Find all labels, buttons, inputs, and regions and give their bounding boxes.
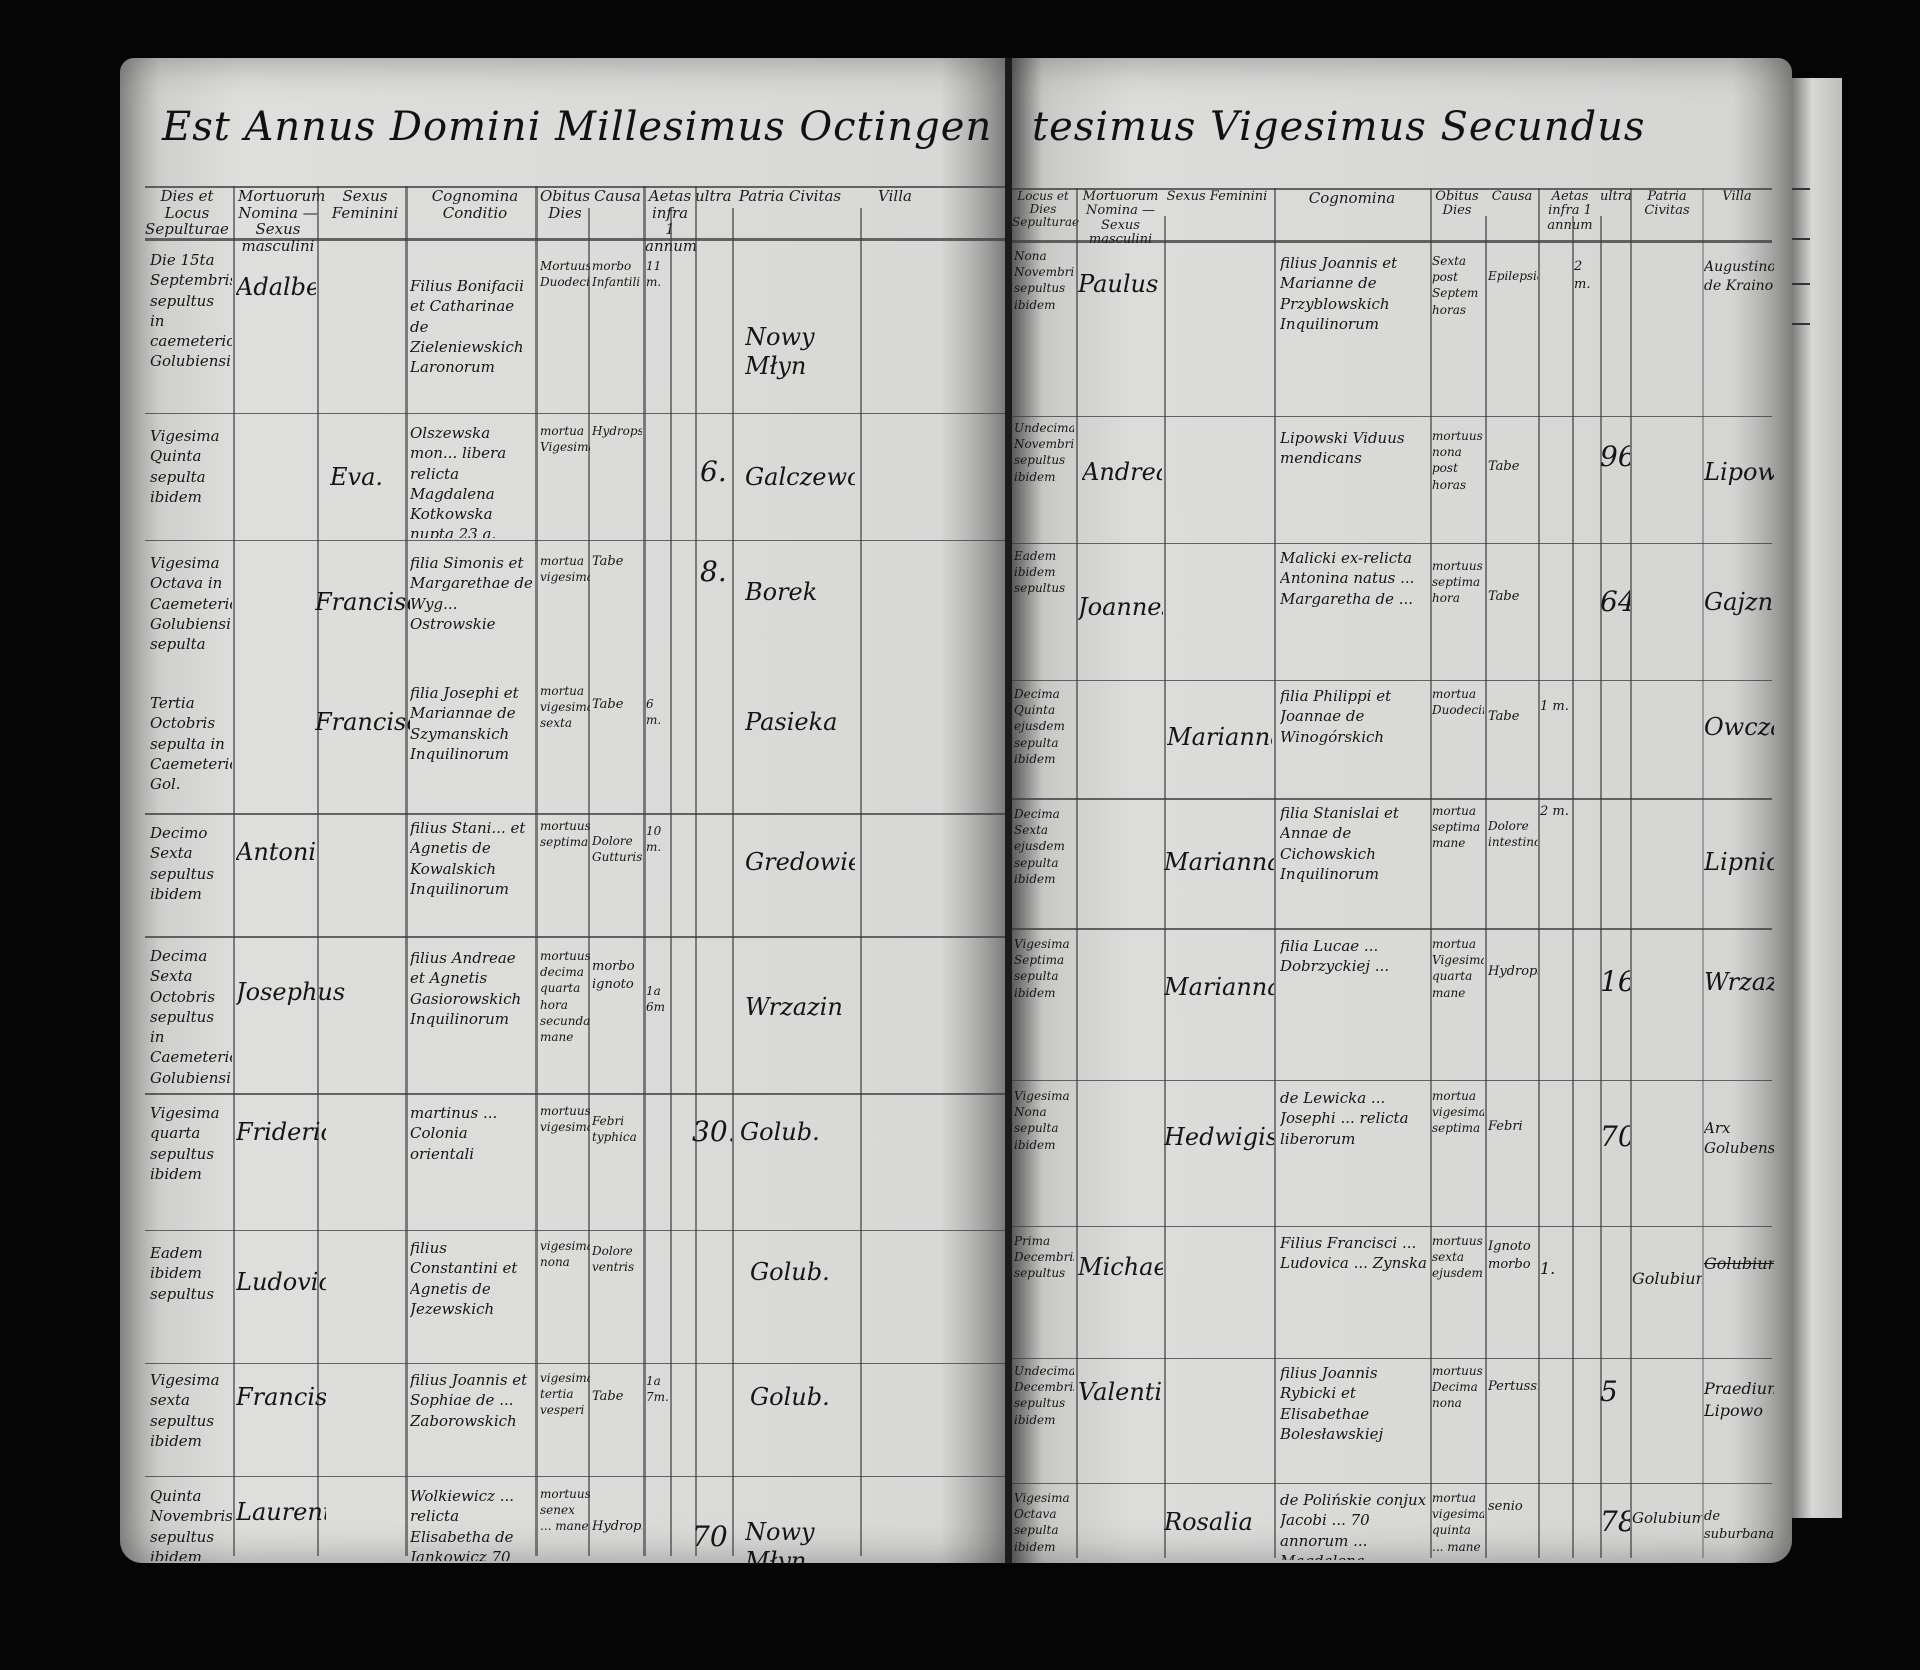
col-header-date-place: Locus et Dies Sepulturae	[1012, 190, 1074, 230]
entry-age-ultra: 6.	[700, 453, 730, 491]
entry-age-infra: 6 m.	[646, 696, 670, 728]
row-rule	[145, 1363, 1005, 1364]
entry-name-male: Laurentius	[236, 1498, 326, 1527]
entry-name-male: Fridericus	[236, 1118, 326, 1147]
col-rule	[535, 186, 538, 1556]
entry-age-infra: 1a 6m	[646, 983, 670, 1015]
left-page: Est Annus Domini Millesimus Octingen Die…	[120, 58, 1010, 1563]
entry-date-place: Die 15ta Septembris sepultus in caemeter…	[150, 250, 232, 410]
entry-death-day: mortuus vigesima	[540, 1103, 590, 1228]
col-rule	[1076, 188, 1078, 1558]
col-rule	[1630, 188, 1632, 1558]
entry-surname: Malicki ex-relicta Antonina natus ... Ma…	[1280, 548, 1430, 678]
col-header-date-place: Dies et Locus Sepulturae	[142, 188, 232, 238]
entry-name-female: Rosalia	[1164, 1508, 1274, 1537]
entry-surname: Wolkiewicz ... relicta Elisabetha de Jan…	[410, 1486, 534, 1561]
entry-cause: Hydrops	[1488, 963, 1538, 981]
entry-patria-villa: Borek	[745, 578, 855, 607]
entry-death-day: mortuus septima hora	[1432, 558, 1484, 678]
entry-surname: Filius Bonifacii et Catharinae de Zielen…	[410, 276, 534, 406]
entry-patria-villa: Augustinowo de Kraino	[1704, 258, 1774, 296]
entry-age-ultra: 70	[1600, 1118, 1630, 1156]
row-rule	[1012, 1358, 1772, 1359]
row-rule	[1012, 928, 1772, 930]
entry-name-female: Francisca	[315, 708, 410, 737]
entry-date-place: Quinta Novembris sepultus ibidem	[150, 1486, 232, 1561]
entry-age-infra: 10 m.	[646, 823, 670, 855]
entry-age-ultra: 78	[1600, 1503, 1630, 1541]
entry-death-day: vigesima tertia vesperi	[540, 1370, 590, 1475]
entry-patria-civitas: Golubium	[1632, 1508, 1702, 1528]
entry-patria-villa: Wrzazino	[1704, 968, 1774, 997]
entry-age-ultra: 64.	[1600, 583, 1630, 621]
entry-cause: morbo ignoto	[592, 958, 642, 993]
col-rule	[1485, 216, 1487, 1558]
entry-date-place: Prima Decembris sepultus	[1014, 1233, 1074, 1353]
entry-death-day: mortua vigesima quinta ... mane	[1432, 1490, 1484, 1560]
entry-age-ultra: 96.	[1600, 438, 1630, 476]
entry-age-infra: 1 m.	[1540, 698, 1570, 716]
entry-name-male: Joannes	[1078, 593, 1163, 622]
col-rule	[695, 186, 697, 1556]
entry-death-day: Mortuus Duodecima	[540, 258, 590, 388]
page-heading-right: tesimus Vigesimus Secundus	[1032, 104, 1645, 150]
row-rule	[145, 1230, 1005, 1231]
entry-cause: Dolore intestinorum	[1488, 818, 1538, 850]
open-register-book: Est Annus Domini Millesimus Octingen Die…	[120, 58, 1880, 1563]
col-header-age-ultra: ultra	[695, 188, 725, 205]
entry-death-day: mortua Vigesima	[540, 423, 590, 538]
entry-cause: Tabe	[592, 553, 642, 571]
row-rule	[145, 813, 1005, 815]
entry-age-infra: 2 m.	[1574, 258, 1600, 293]
col-rule	[1572, 216, 1574, 1558]
col-rule	[732, 208, 734, 1556]
entry-date-place: Vigesima sexta sepultus ibidem	[150, 1370, 232, 1475]
entry-age-ultra: 5	[1600, 1373, 1630, 1411]
entry-date-place: Nona Novembris sepultus ibidem	[1014, 248, 1074, 413]
entry-date-place: Undecima Decembris sepultus ibidem	[1014, 1363, 1074, 1481]
entry-death-day: mortuus sexta ejusdem	[1432, 1233, 1484, 1353]
col-header-name-female: Sexus Feminini	[320, 188, 410, 221]
row-rule	[145, 936, 1005, 938]
entry-surname: filius Stani... et Agnetis de Kowalskich…	[410, 818, 534, 933]
entry-patria-villa: Owczarnia	[1704, 713, 1774, 742]
col-header-death-day: Obitus Dies	[1432, 190, 1482, 219]
entry-surname: de Polińskie conjux Jacobi ... 70 annoru…	[1280, 1490, 1430, 1560]
entry-surname: martinus ... Colonia orientali	[410, 1103, 534, 1228]
entry-patria-villa: de suburbana	[1704, 1508, 1774, 1543]
entry-name-female: Marianna	[1167, 723, 1272, 752]
right-page: tesimus Vigesimus Secundus Locus et Dies…	[1012, 58, 1792, 1563]
entry-cause: Febri	[1488, 1118, 1538, 1136]
col-rule	[860, 208, 862, 1556]
entry-surname: filius Joannis et Sophiae de ... Zaborow…	[410, 1370, 534, 1475]
col-rule	[405, 186, 408, 1556]
row-rule	[145, 413, 1005, 414]
row-rule	[145, 1093, 1005, 1095]
entry-death-day: mortuus senex ... mane	[540, 1486, 590, 1561]
col-rule	[670, 208, 672, 1556]
entry-cause: morbo Infantili	[592, 258, 642, 290]
entry-cause: Ignoto morbo	[1488, 1238, 1538, 1273]
entry-patria-civitas: Golub.	[750, 1383, 860, 1412]
col-header-patria-villa: Villa	[845, 188, 945, 205]
entry-age-ultra: 70	[692, 1518, 732, 1556]
entry-surname: filius Joannis et Marianne de Przyblowsk…	[1280, 253, 1430, 413]
entry-date-place: Vigesima Octava sepulta ibidem	[1014, 1490, 1074, 1560]
entry-death-day: mortuus Decima nona	[1432, 1363, 1484, 1481]
entry-date-place: Decima Quinta ejusdem sepulta ibidem	[1014, 686, 1074, 796]
entry-death-day: mortua vigesima septima	[1432, 1088, 1484, 1223]
col-rule	[1164, 216, 1166, 1558]
entry-cause: Febri typhica	[592, 1113, 642, 1145]
entry-patria-civitas: Golubium	[1632, 1268, 1702, 1290]
row-rule	[1012, 798, 1772, 800]
entry-cause: Pertussis	[1488, 1378, 1538, 1396]
entry-date-place: Eadem ibidem sepultus	[150, 1243, 232, 1358]
entry-surname: filia Josephi et Mariannae de Szymanskic…	[410, 683, 534, 808]
entry-death-day: mortua Duodecima	[1432, 686, 1484, 796]
entry-patria-villa: Praedium Lipowo	[1704, 1378, 1774, 1421]
entry-death-day: vigesima nona	[540, 1238, 590, 1358]
col-header-patria-villa: Villa	[1702, 190, 1772, 204]
entry-patria-civitas: Golub.	[750, 1258, 860, 1287]
entry-patria-villa: Wrzazin	[745, 993, 855, 1022]
page-edges	[1792, 78, 1842, 1518]
col-header-patria-civitas: Patria Civitas	[1632, 190, 1702, 219]
entry-death-day: mortuus decima quarta hora secunda mane	[540, 948, 590, 1088]
entry-name-male: Ludovicus	[236, 1268, 326, 1297]
entry-patria-civitas: Golub.	[740, 1118, 850, 1147]
entry-patria-villa: Arx Golubensis	[1704, 1118, 1774, 1159]
entry-date-place: Eadem ibidem sepultus	[1014, 548, 1074, 678]
row-rule	[145, 1476, 1005, 1477]
entry-name-male: Valentinus	[1078, 1378, 1163, 1407]
entry-death-day: mortua vigesima sexta	[540, 683, 590, 808]
entry-date-place: Undecima Novembris sepultus ibidem	[1014, 420, 1074, 540]
entry-surname: filia Simonis et Margarethae de Wyg... O…	[410, 553, 534, 673]
entry-date-place: Vigesima Octava in Caemeterio Golubiensi…	[150, 553, 232, 693]
entry-surname: filia Stanislai et Annae de Cichowskich …	[1280, 803, 1430, 925]
entry-name-male: Josephus	[236, 978, 346, 1007]
entry-patria-villa: Golubium	[1704, 1253, 1774, 1275]
entry-name-female: Marianna	[1164, 973, 1274, 1002]
entry-surname: filia Philippi et Joannae de Winogórskic…	[1280, 686, 1430, 796]
entry-death-day: mortuus septima	[540, 818, 590, 933]
entry-date-place: Vigesima Quinta sepulta ibidem	[150, 426, 232, 536]
col-rule	[233, 186, 235, 1556]
entry-name-male: Franciscus	[236, 1383, 326, 1412]
row-rule	[1012, 416, 1772, 417]
entry-cause: Dolore Gutturis	[592, 833, 642, 865]
entry-patria-villa: Lipnica	[1704, 848, 1774, 877]
col-header-name-female: Sexus Feminini	[1162, 190, 1272, 204]
col-rule	[1538, 188, 1540, 1558]
col-header-death-day: Obitus Dies	[540, 188, 590, 221]
entry-cause: Epilepsia	[1488, 268, 1538, 284]
entry-death-day: Sexta post Septem horas	[1432, 253, 1484, 413]
entry-patria-villa: Nowy Młyn	[745, 323, 855, 381]
row-rule	[1012, 543, 1772, 544]
entry-surname: Lipowski Viduus mendicans	[1280, 428, 1430, 538]
entry-surname: Filius Francisci ... Ludovica ... Zynska	[1280, 1233, 1430, 1353]
col-rule	[317, 186, 319, 1556]
entry-surname: filius Constantini et Agnetis de Jezewsk…	[410, 1238, 534, 1358]
entry-cause: Tabe	[1488, 708, 1538, 726]
col-rule	[1600, 216, 1602, 1558]
entry-patria-villa: Gajzno	[1704, 588, 1774, 617]
page-heading-left: Est Annus Domini Millesimus Octingen	[162, 104, 992, 150]
entry-date-place: Decimo Sexta sepultus ibidem	[150, 823, 232, 933]
row-rule	[1012, 1483, 1772, 1484]
entry-age-ultra: 8.	[700, 553, 730, 591]
entry-date-place: Decima Sexta Octobris sepultus in Caemet…	[150, 946, 232, 1091]
entry-cause: Hydrops	[592, 1518, 642, 1536]
entry-patria-villa: Galczewo	[745, 463, 855, 492]
entry-cause: Tabe	[1488, 458, 1538, 476]
col-header-surname: Cognomina Conditio	[410, 188, 540, 221]
entry-age-ultra: 30.	[692, 1113, 732, 1151]
entry-name-male: Paulus	[1078, 270, 1163, 299]
entry-patria-villa: Nowy Młyn	[745, 1518, 855, 1563]
entry-surname: de Lewicka ... Josephi ... relicta liber…	[1280, 1088, 1430, 1223]
col-rule	[643, 186, 646, 1556]
entry-death-day: mortua Vigesima quarta mane	[1432, 936, 1484, 1076]
row-rule	[1012, 680, 1772, 681]
entry-cause: Tabe	[592, 1388, 642, 1406]
entry-age-infra: 2 m.	[1540, 803, 1570, 821]
entry-age-infra: 1.	[1540, 1258, 1570, 1280]
entry-patria-villa: Gredowiec	[745, 848, 855, 877]
entry-cause: Dolore ventris	[592, 1243, 642, 1275]
entry-age-infra: 1a 7m.	[646, 1373, 670, 1405]
col-header-patria-civitas: Patria Civitas	[735, 188, 845, 205]
entry-name-female: Marianna	[1164, 848, 1274, 877]
entry-surname: filius Joannis Rybicki et Elisabethae Bo…	[1280, 1363, 1430, 1481]
entry-name-male: Adalbertus	[236, 273, 316, 302]
entry-date-place: Vigesima Septima sepulta ibidem	[1014, 936, 1074, 1076]
col-header-cause: Causa	[590, 188, 645, 205]
entry-age-infra: 11 m.	[646, 258, 670, 290]
entry-name-male: Antonius	[236, 838, 316, 867]
col-header-cause: Causa	[1487, 190, 1537, 204]
col-rule	[1274, 188, 1276, 1558]
entry-death-day: mortua vigesima	[540, 553, 590, 673]
entry-name-female: Eva.	[330, 463, 405, 492]
entry-patria-villa: Pasiekа	[745, 708, 855, 737]
entry-surname: filius Andreae et Agnetis Gasiorowskich …	[410, 948, 534, 1088]
col-header-name-male: Mortuorum Nomina — Sexus masculini	[1078, 190, 1163, 247]
entry-date-place: Vigesima Nona sepulta ibidem	[1014, 1088, 1074, 1223]
entry-name-male: Michael	[1078, 1253, 1163, 1282]
col-header-age-infra: Aetas infra 1 annum	[1540, 190, 1600, 233]
entry-surname: filia Lucae ... Dobrzyckiej ...	[1280, 936, 1430, 1076]
entry-death-day: mortua septima mane	[1432, 803, 1484, 925]
entry-cause: Hydrops	[592, 423, 642, 439]
entry-age-ultra: 16.	[1600, 963, 1630, 1001]
col-header-surname: Cognomina	[1277, 190, 1427, 207]
col-header-age-ultra: ultra	[1600, 190, 1630, 204]
entry-name-male: Andreas	[1082, 458, 1162, 487]
entry-date-place: Tertia Octobris sepulta in Caemeterio Go…	[150, 693, 232, 808]
row-rule	[1012, 1080, 1772, 1081]
entry-date-place: Decima Sexta ejusdem sepulta ibidem	[1014, 806, 1074, 926]
entry-cause: Tabe	[1488, 588, 1538, 606]
col-header-name-male: Mortuorum Nomina — Sexus masculini	[238, 188, 318, 254]
entry-name-female: Francisca	[315, 588, 410, 617]
entry-cause: senio	[1488, 1498, 1538, 1516]
entry-name-female: Hedwigis	[1164, 1123, 1274, 1152]
entry-cause: Tabe	[592, 696, 642, 714]
row-rule	[1012, 1226, 1772, 1227]
row-rule	[145, 540, 1005, 541]
entry-death-day: mortuus nona post horas	[1432, 428, 1484, 538]
entry-surname: Olszewska mon... libera relicta Magdalen…	[410, 423, 534, 538]
entry-date-place: Vigesima quarta sepultus ibidem	[150, 1103, 232, 1228]
entry-patria-villa: Lipowo	[1704, 458, 1774, 487]
